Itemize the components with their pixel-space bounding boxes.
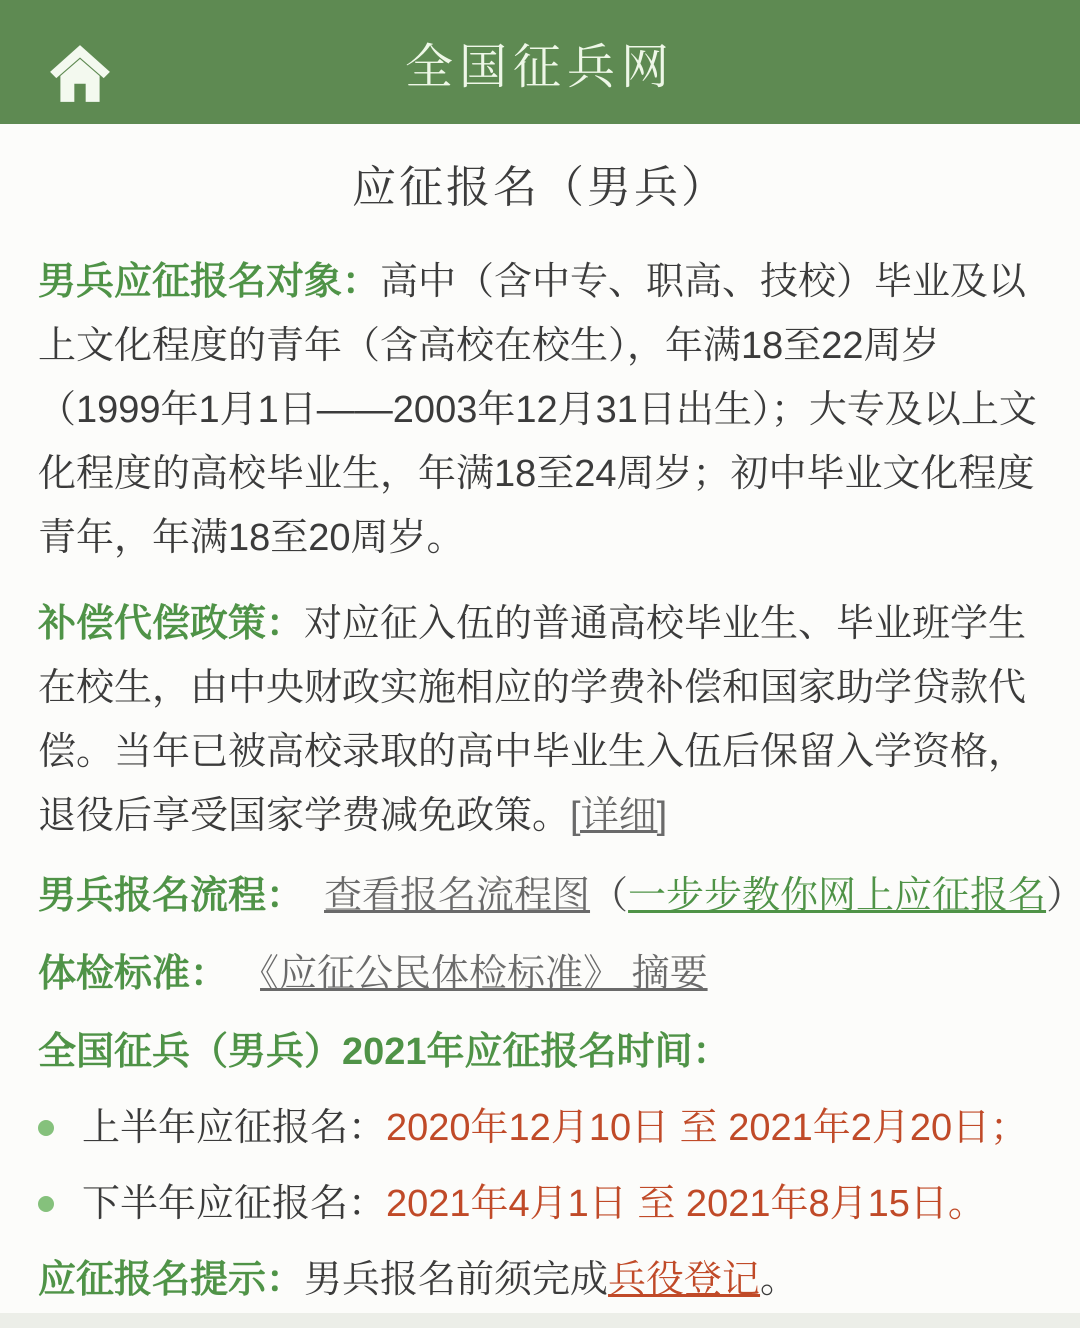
service-register-link[interactable]: 兵役登记 [608, 1259, 760, 1301]
bullet-dot-icon [38, 1196, 54, 1212]
eligibility-label: 男兵应征报名对象： [38, 261, 380, 303]
schedule-item-first-half: 上半年应征报名：2020年12月10日 至 2021年2月20日； [38, 1096, 1042, 1160]
bullet-dot-icon [38, 1120, 54, 1136]
paren-close: ） [1046, 875, 1080, 917]
paragraph-compensation: 补偿代偿政策：对应征入伍的普通高校毕业生、毕业班学生在校生，由中央财政实施相应的… [38, 592, 1042, 848]
app-title: 全国征兵网 [405, 28, 675, 97]
schedule-item-date: 2020年12月10日 至 2021年2月20日； [386, 1107, 1028, 1149]
schedule-heading: 全国征兵（男兵）2021年应征报名时间： [38, 1020, 1042, 1084]
home-icon [42, 42, 118, 108]
eligibility-text: 高中（含中专、职高、技校）毕业及以上文化程度的青年（含高校在校生），年满18至2… [38, 261, 1037, 559]
flow-chart-link[interactable]: 查看报名流程图 [324, 875, 590, 917]
physical-standard-link[interactable]: 《应征公民体检标准》 摘要 [260, 953, 708, 995]
process-label: 男兵报名流程： [38, 875, 304, 917]
detail-link[interactable]: [详细] [570, 795, 667, 837]
schedule-item-text: 上半年应征报名：2020年12月10日 至 2021年2月20日； [82, 1096, 1028, 1160]
notice-text: 男兵报名前须完成 [304, 1259, 608, 1301]
schedule-item-text: 下半年应征报名：2021年4月1日 至 2021年8月15日。 [82, 1172, 986, 1236]
schedule-item-label: 上半年应征报名： [82, 1107, 386, 1149]
notice-suffix: 。 [760, 1259, 798, 1301]
schedule-item-label: 下半年应征报名： [82, 1183, 386, 1225]
schedule-list: 上半年应征报名：2020年12月10日 至 2021年2月20日； 下半年应征报… [38, 1096, 1042, 1236]
app-header: 全国征兵网 [0, 0, 1080, 124]
page-title: 应征报名（男兵） [38, 160, 1042, 216]
tutorial-link[interactable]: 一步步教你网上应征报名 [628, 875, 1046, 917]
paren-open: （ [590, 875, 628, 917]
physical-label: 体检标准： [38, 953, 228, 995]
schedule-item-second-half: 下半年应征报名：2021年4月1日 至 2021年8月15日。 [38, 1172, 1042, 1236]
row-process: 男兵报名流程：查看报名流程图（一步步教你网上应征报名） [38, 864, 1042, 928]
schedule-item-date: 2021年4月1日 至 2021年8月15日。 [386, 1183, 986, 1225]
compensation-label: 补偿代偿政策： [38, 603, 304, 645]
paragraph-eligibility: 男兵应征报名对象：高中（含中专、职高、技校）毕业及以上文化程度的青年（含高校在校… [38, 250, 1042, 570]
row-physical: 体检标准：《应征公民体检标准》 摘要 [38, 942, 1042, 1006]
notice-label: 应征报名提示： [38, 1259, 304, 1301]
footer-strip [0, 1313, 1080, 1328]
home-button[interactable] [42, 42, 118, 108]
main-content: 应征报名（男兵） 男兵应征报名对象：高中（含中专、职高、技校）毕业及以上文化程度… [0, 160, 1080, 1312]
paragraph-notice: 应征报名提示：男兵报名前须完成兵役登记。 [38, 1248, 1042, 1312]
